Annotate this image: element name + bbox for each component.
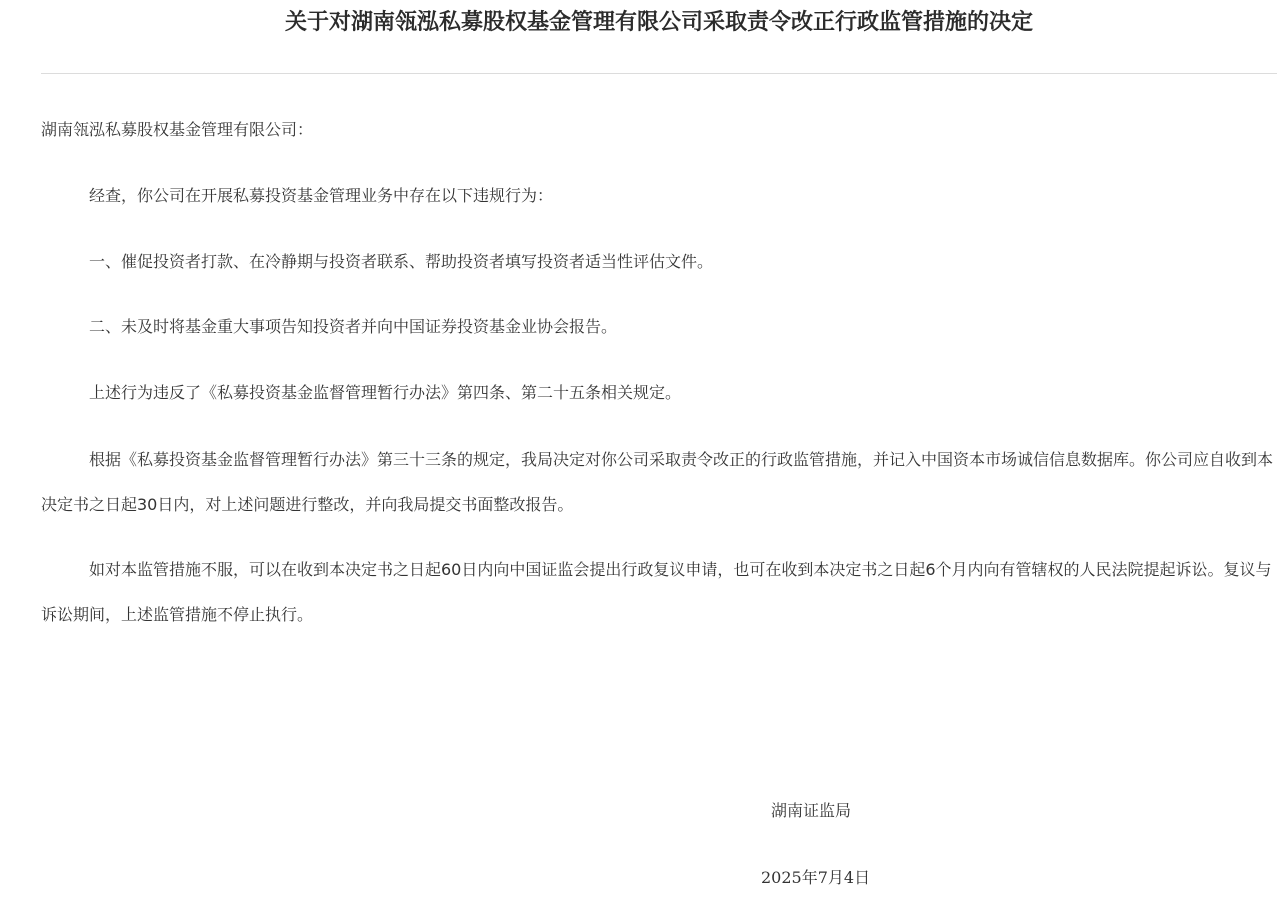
paragraph-findings-intro: 经查，你公司在开展私募投资基金管理业务中存在以下违规行为：: [41, 174, 1277, 218]
salutation: 湖南瓴泓私募股权基金管理有限公司：: [41, 108, 1277, 152]
paragraph-violation-2: 二、未及时将基金重大事项告知投资者并向中国证券投资基金业协会报告。: [41, 305, 1277, 349]
paragraph-legal-basis: 上述行为违反了《私募投资基金监督管理暂行办法》第四条、第二十五条相关规定。: [41, 371, 1277, 415]
document-title: 关于对湖南瓴泓私募股权基金管理有限公司采取责令改正行政监管措施的决定: [0, 6, 1277, 40]
paragraph-decision: 根据《私募投资基金监督管理暂行办法》第三十三条的规定，我局决定对你公司采取责令改…: [41, 437, 1277, 527]
paragraph-violation-1: 一、催促投资者打款、在冷静期与投资者联系、帮助投资者填写投资者适当性评估文件。: [41, 240, 1277, 284]
issuer-signature: 湖南证监局: [771, 799, 851, 823]
paragraph-appeal-rights: 如对本监管措施不服，可以在收到本决定书之日起60日内向中国证监会提出行政复议申请…: [41, 547, 1277, 637]
title-divider: [41, 73, 1277, 74]
issue-date: 2025年7月4日: [761, 866, 870, 890]
